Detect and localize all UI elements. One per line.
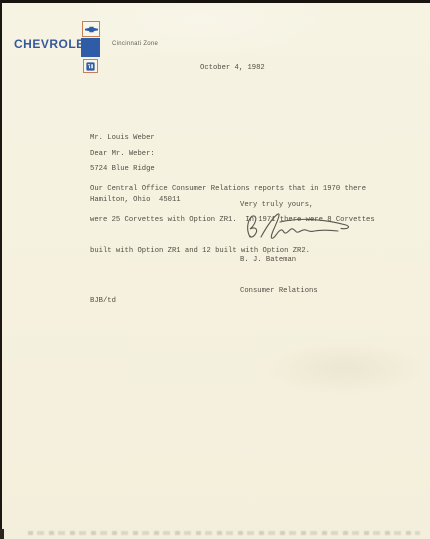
- scan-edge-left: [0, 0, 2, 539]
- blue-square-mark: [81, 38, 100, 57]
- zone-label: Cincinnati Zone: [112, 41, 158, 47]
- scan-edge-corner: [0, 529, 4, 539]
- reference-initials: BJB/td: [90, 296, 116, 306]
- body-line: Our Central Office Consumer Relations re…: [90, 184, 375, 194]
- letter-page: CHEVROLET Cincinnati Zone October 4, 198…: [0, 0, 430, 539]
- footer-fine-print-illegible: [28, 531, 420, 535]
- signer-title: Consumer Relations: [240, 286, 318, 296]
- signer-name: B. J. Bateman: [240, 255, 318, 265]
- letter-date: October 4, 1982: [200, 63, 265, 73]
- emblem-frame: [83, 59, 98, 73]
- signature-block: B. J. Bateman Consumer Relations: [240, 235, 318, 317]
- chevrolet-service-emblem-icon: [86, 62, 95, 71]
- closing-phrase: Very truly yours,: [240, 200, 313, 210]
- body-line: built with Option ZR1 and 12 built with …: [90, 246, 375, 256]
- bowtie-frame: [82, 21, 100, 37]
- chevrolet-bowtie-icon: [85, 26, 98, 33]
- scan-edge-top: [0, 0, 430, 3]
- salutation: Dear Mr. Weber:: [90, 149, 155, 159]
- recipient-name: Mr. Louis Weber: [90, 133, 181, 143]
